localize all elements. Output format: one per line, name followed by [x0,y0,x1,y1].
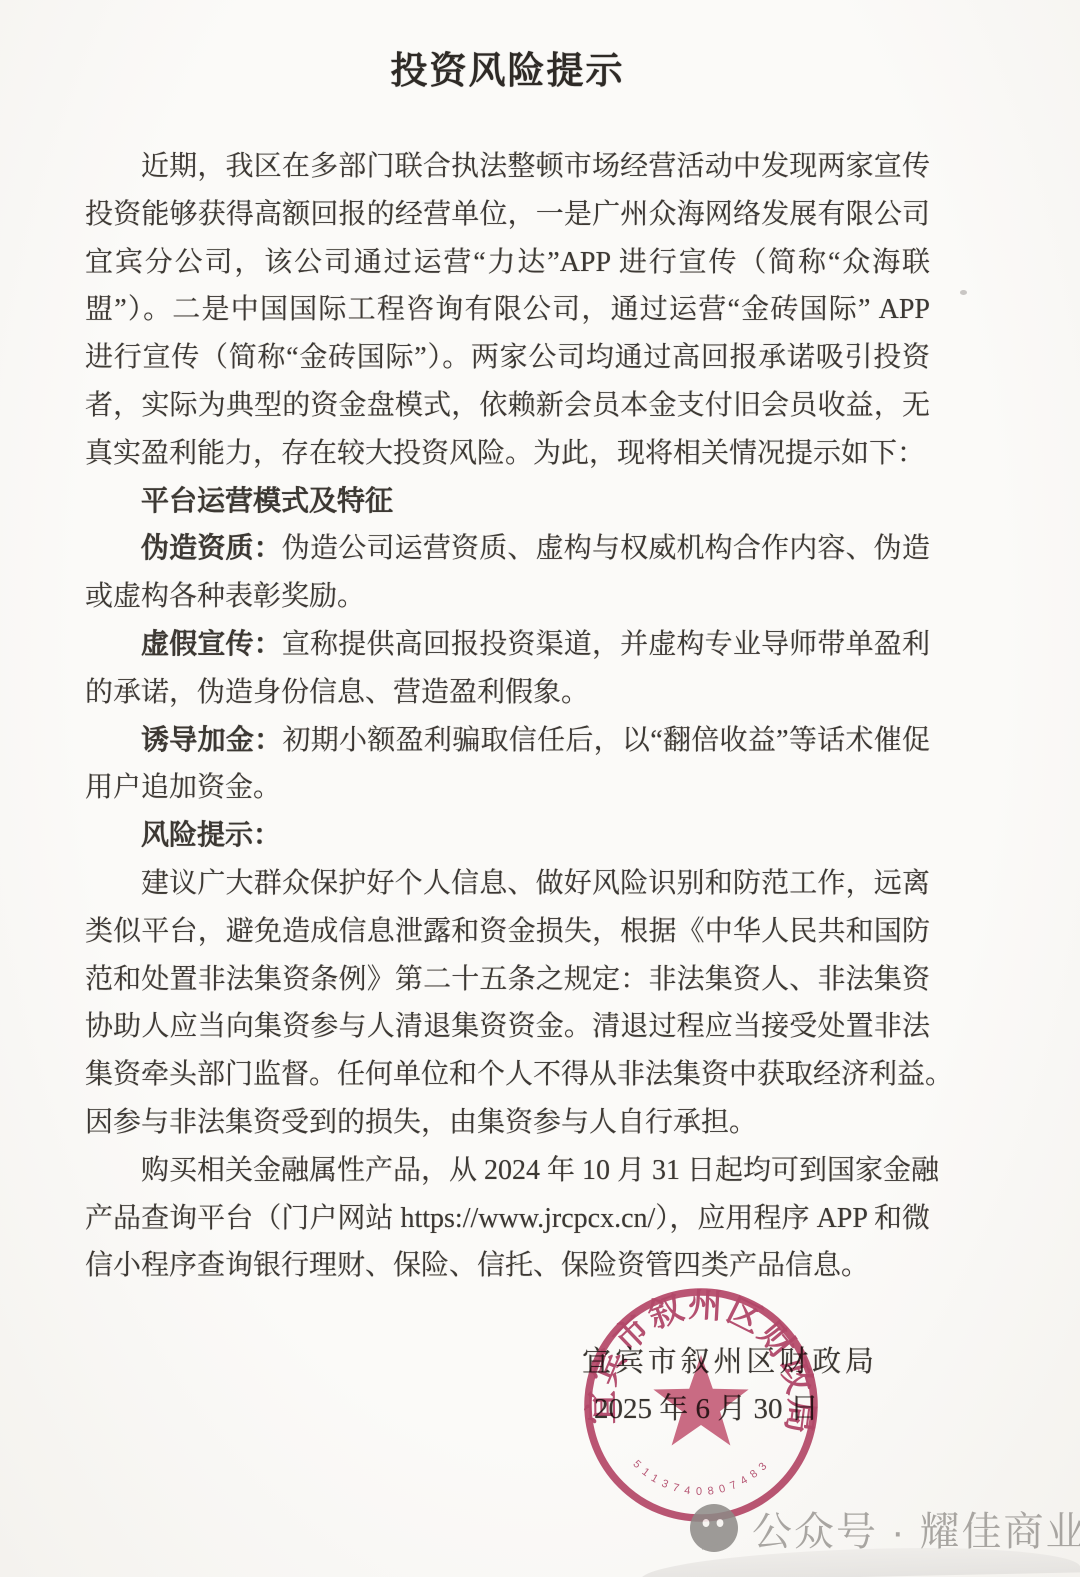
document-line: 范和处置非法集资条例》第二十五条之规定：非法集资人、非法集资 [85,956,930,1004]
document-line: 平台运营模式及特征 [85,478,930,526]
document-line: 者，实际为典型的资金盘模式，依赖新会员本金支付旧会员收益，无 [85,382,930,430]
document-line: 或虚构各种表彰奖励。 [85,573,930,621]
seal-star-icon [653,1355,748,1446]
document-line: 近期，我区在多部门联合执法整顿市场经营活动中发现两家宣传 [85,143,930,191]
document-line: 的承诺，伪造身份信息、营造盈利假象。 [85,669,930,717]
seal-code: 5113740807483 [630,1456,773,1498]
run-in-heading: 伪造资质： [141,533,282,564]
document-line: 伪造资质：伪造公司运营资质、虚构与权威机构合作内容、伪造 [85,525,930,573]
document-line: 产品查询平台（门户网站 https://www.jrcpcx.cn/），应用程序… [85,1195,930,1243]
scanned-document-page: 投资风险提示 近期，我区在多部门联合执法整顿市场经营活动中发现两家宣传投资能够获… [0,0,1080,1577]
document-line: 建议广大群众保护好个人信息、做好风险识别和防范工作，远离 [85,860,930,908]
document-line: 进行宣传（简称“金砖国际”）。两家公司均通过高回报承诺吸引投资 [85,334,930,382]
run-in-heading: 虚假宣传： [141,629,282,660]
document-line: 投资能够获得高额回报的经营单位，一是广州众海网络发展有限公司 [85,191,930,239]
document-line: 集资牵头部门监督。任何单位和个人不得从非法集资中获取经济利益。 [85,1051,930,1099]
document-line: 诱导加金：初期小额盈利骗取信任后，以“翻倍收益”等话术催促 [85,717,930,765]
document-line: 真实盈利能力，存在较大投资风险。为此，现将相关情况提示如下： [85,430,930,478]
official-seal: 宜宾市叙州区财政局 5113740807483 [576,1280,826,1530]
scan-speck [960,290,967,295]
watermark-text: 公众号 · 耀佳商业模式 [752,1500,1080,1557]
document-body: 近期，我区在多部门联合执法整顿市场经营活动中发现两家宣传投资能够获得高额回报的经… [85,143,930,1290]
document-line: 用户追加资金。 [85,764,930,812]
document-line: 购买相关金融属性产品，从 2024 年 10 月 31 日起均可到国家金融 [85,1147,930,1195]
wechat-icon [688,1502,740,1554]
document-line: 盟”）。二是中国国际工程咨询有限公司，通过运营“金砖国际” APP [85,286,930,334]
document-line: 虚假宣传：宣称提供高回报投资渠道，并虚构专业导师带单盈利 [85,621,930,669]
run-in-heading: 诱导加金： [141,725,282,756]
document-line: 风险提示： [85,812,930,860]
document-line: 宜宾分公司，该公司通过运营“力达”APP 进行宣传（简称“众海联 [85,239,930,287]
document-title: 投资风险提示 [85,40,930,94]
document-line: 类似平台，避免造成信息泄露和资金损失，根据《中华人民共和国防 [85,908,930,956]
watermark: 公众号 · 耀佳商业模式 [688,1498,1080,1558]
document-line: 因参与非法集资受到的损失，由集资参与人自行承担。 [85,1099,930,1147]
document-line: 协助人应当向集资参与人清退集资资金。清退过程应当接受处置非法 [85,1003,930,1051]
